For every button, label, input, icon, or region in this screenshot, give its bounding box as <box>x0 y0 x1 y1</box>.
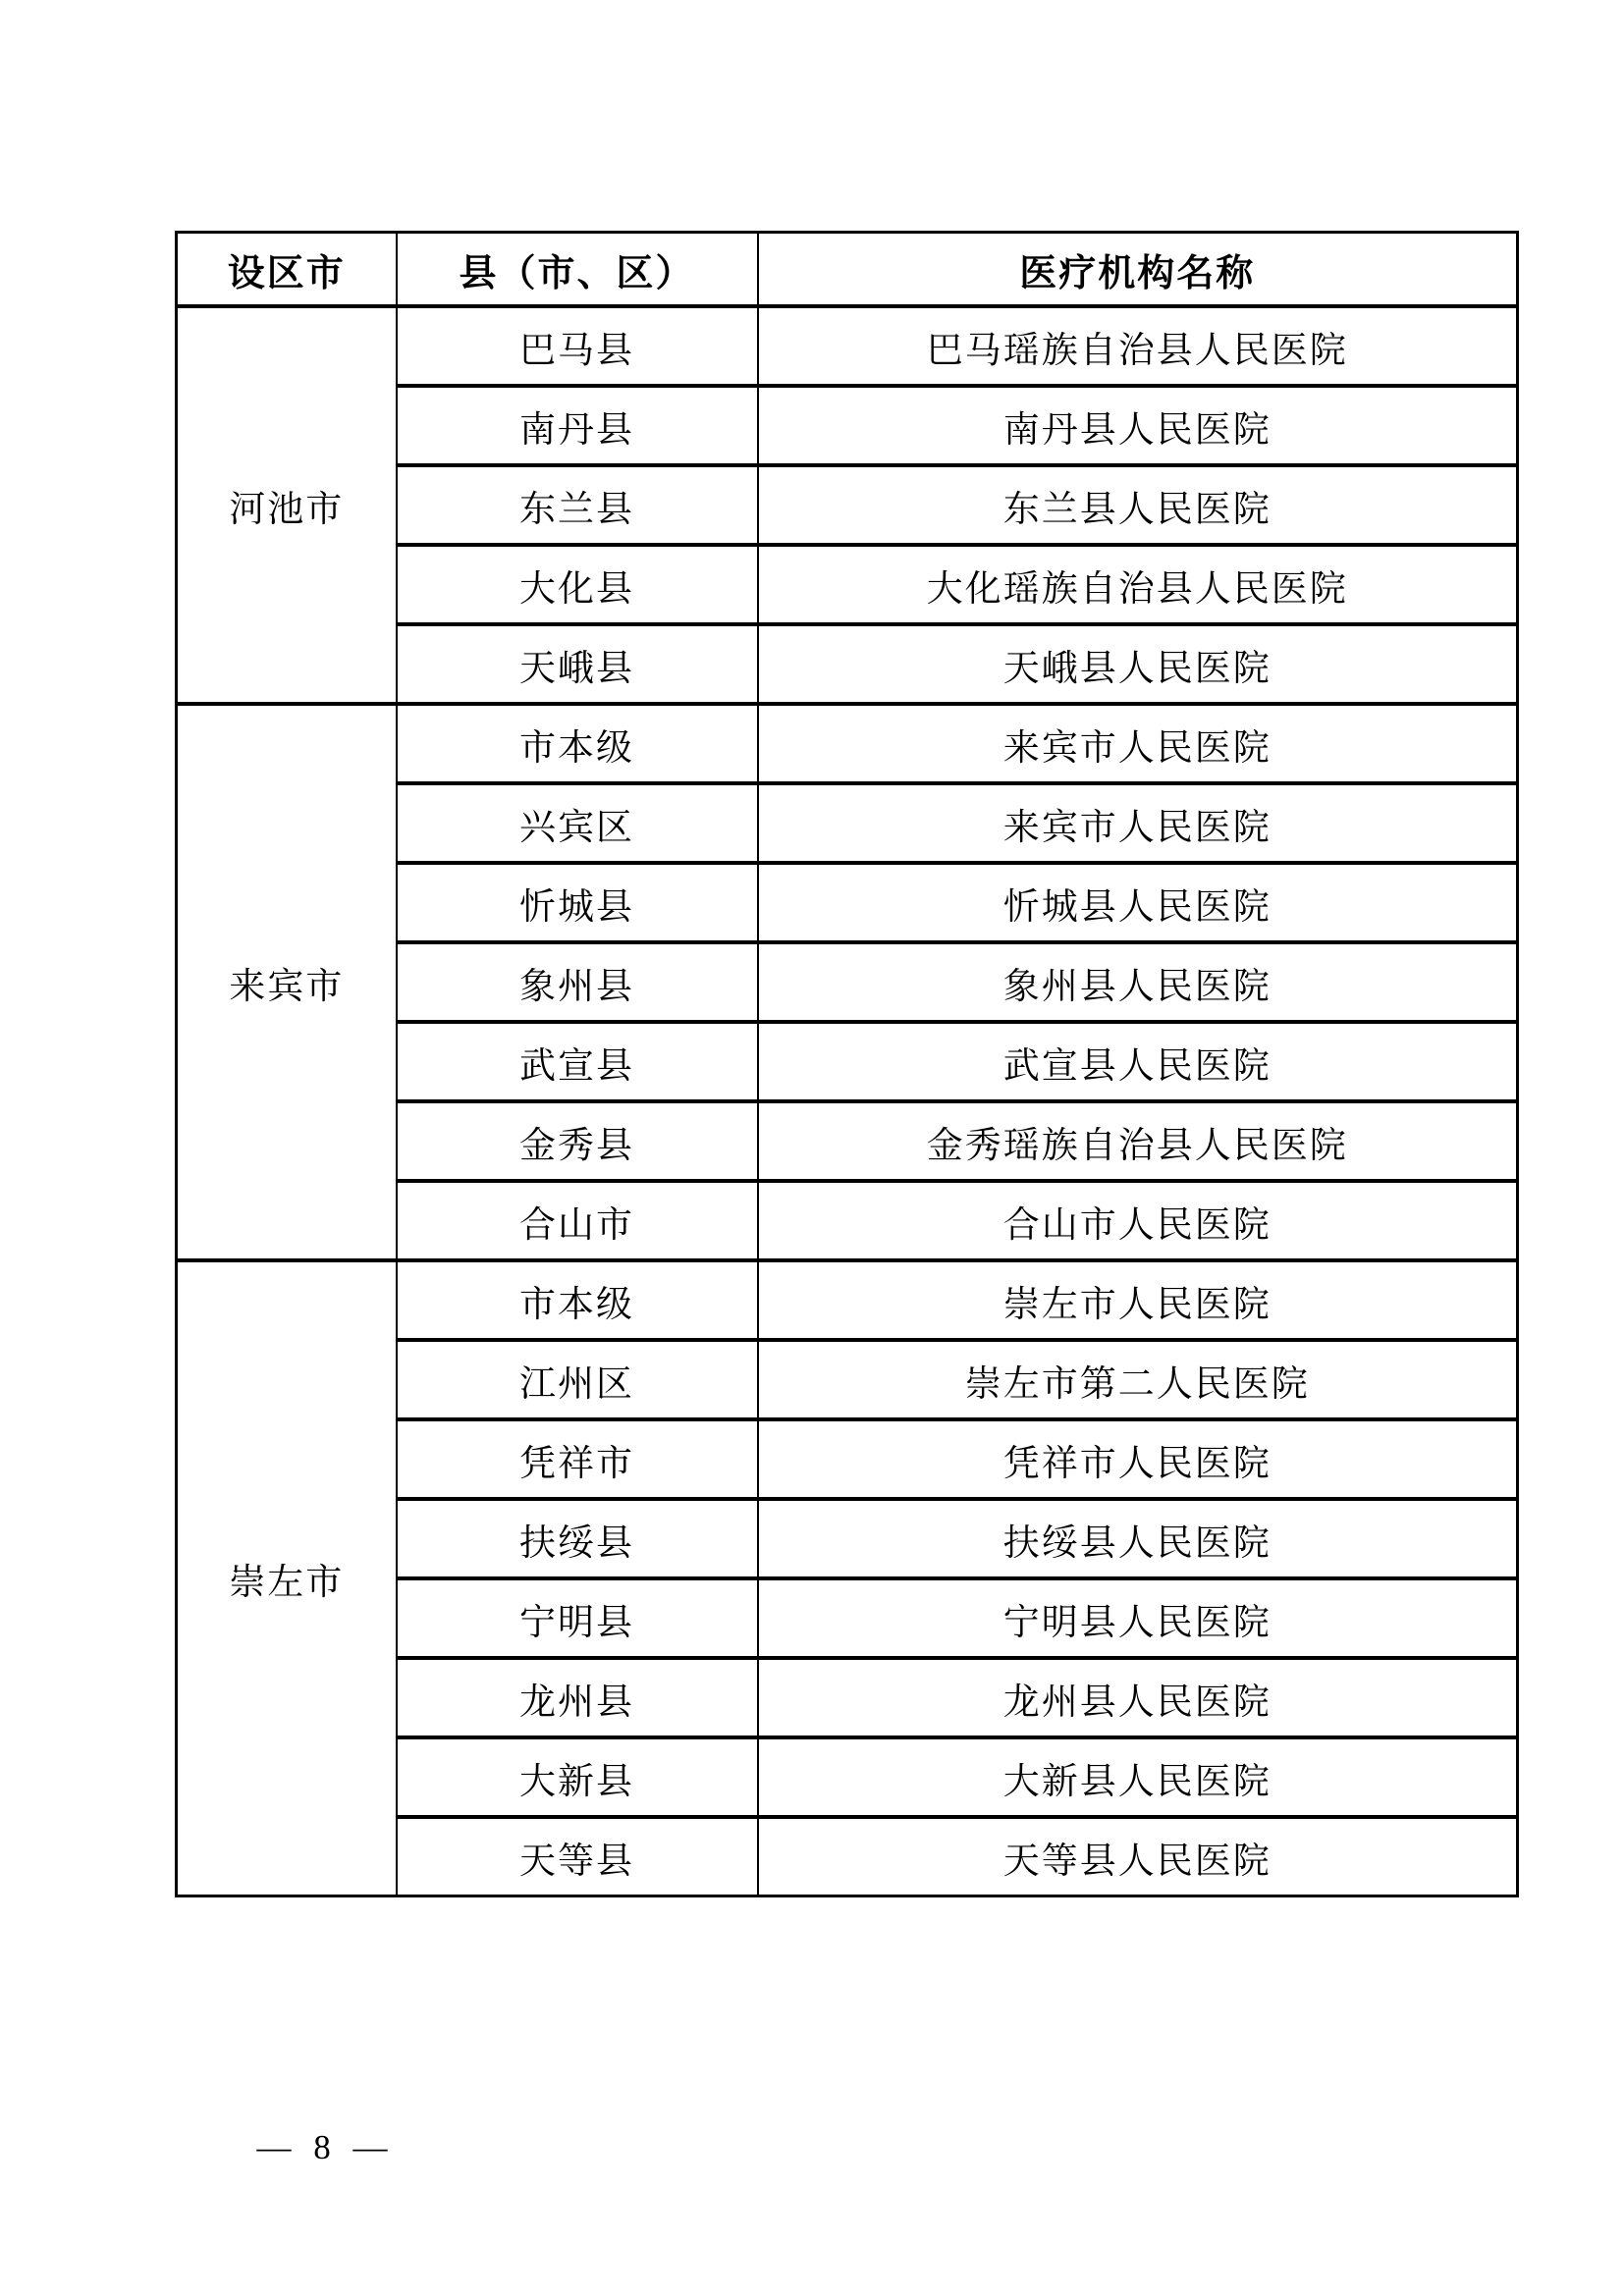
city-group-cell: 崇左市 <box>177 1260 397 1896</box>
county-cell: 天等县 <box>397 1817 758 1896</box>
table-row: 来宾市市本级来宾市人民医院 <box>177 704 1518 783</box>
page-number: — 8 — <box>224 2128 420 2167</box>
hospital-cell: 扶绥县人民医院 <box>758 1499 1518 1578</box>
hospital-cell: 金秀瑶族自治县人民医院 <box>758 1101 1518 1181</box>
county-cell: 金秀县 <box>397 1101 758 1181</box>
hospital-cell: 合山市人民医院 <box>758 1181 1518 1260</box>
county-cell: 扶绥县 <box>397 1499 758 1578</box>
table-row: 河池市巴马县巴马瑶族自治县人民医院 <box>177 306 1518 386</box>
hospital-cell: 天峨县人民医院 <box>758 624 1518 704</box>
hospital-cell: 来宾市人民医院 <box>758 704 1518 783</box>
county-cell: 巴马县 <box>397 306 758 386</box>
county-cell: 龙州县 <box>397 1658 758 1737</box>
document-page: 设区市 县（市、区） 医疗机构名称 河池市巴马县巴马瑶族自治县人民医院南丹县南丹… <box>0 0 1624 2296</box>
county-cell: 市本级 <box>397 704 758 783</box>
hospital-cell: 来宾市人民医院 <box>758 783 1518 863</box>
county-cell: 南丹县 <box>397 386 758 465</box>
county-cell: 武宣县 <box>397 1022 758 1101</box>
hospital-cell: 大化瑶族自治县人民医院 <box>758 545 1518 624</box>
hospital-cell: 凭祥市人民医院 <box>758 1419 1518 1499</box>
county-cell: 东兰县 <box>397 465 758 545</box>
county-cell: 大新县 <box>397 1737 758 1817</box>
county-cell: 凭祥市 <box>397 1419 758 1499</box>
hospital-cell: 崇左市第二人民医院 <box>758 1340 1518 1419</box>
column-header-hospital: 医疗机构名称 <box>758 233 1518 307</box>
column-header-county: 县（市、区） <box>397 233 758 307</box>
hospital-cell: 东兰县人民医院 <box>758 465 1518 545</box>
table-header-row: 设区市 县（市、区） 医疗机构名称 <box>177 233 1518 307</box>
city-group-cell: 河池市 <box>177 306 397 704</box>
hospital-cell: 崇左市人民医院 <box>758 1260 1518 1340</box>
hospital-cell: 象州县人民医院 <box>758 942 1518 1022</box>
county-cell: 合山市 <box>397 1181 758 1260</box>
hospital-cell: 天等县人民医院 <box>758 1817 1518 1896</box>
county-cell: 忻城县 <box>397 863 758 942</box>
table-row: 崇左市市本级崇左市人民医院 <box>177 1260 1518 1340</box>
hospital-cell: 忻城县人民医院 <box>758 863 1518 942</box>
county-cell: 天峨县 <box>397 624 758 704</box>
hospital-cell: 南丹县人民医院 <box>758 386 1518 465</box>
county-cell: 市本级 <box>397 1260 758 1340</box>
county-cell: 江州区 <box>397 1340 758 1419</box>
column-header-city: 设区市 <box>177 233 397 307</box>
hospital-table: 设区市 县（市、区） 医疗机构名称 河池市巴马县巴马瑶族自治县人民医院南丹县南丹… <box>175 231 1519 1897</box>
hospital-cell: 大新县人民医院 <box>758 1737 1518 1817</box>
county-cell: 宁明县 <box>397 1578 758 1658</box>
hospital-cell: 龙州县人民医院 <box>758 1658 1518 1737</box>
table-body: 河池市巴马县巴马瑶族自治县人民医院南丹县南丹县人民医院东兰县东兰县人民医院大化县… <box>177 306 1518 1896</box>
county-cell: 象州县 <box>397 942 758 1022</box>
hospital-cell: 巴马瑶族自治县人民医院 <box>758 306 1518 386</box>
county-cell: 兴宾区 <box>397 783 758 863</box>
city-group-cell: 来宾市 <box>177 704 397 1260</box>
county-cell: 大化县 <box>397 545 758 624</box>
hospital-cell: 武宣县人民医院 <box>758 1022 1518 1101</box>
hospital-cell: 宁明县人民医院 <box>758 1578 1518 1658</box>
